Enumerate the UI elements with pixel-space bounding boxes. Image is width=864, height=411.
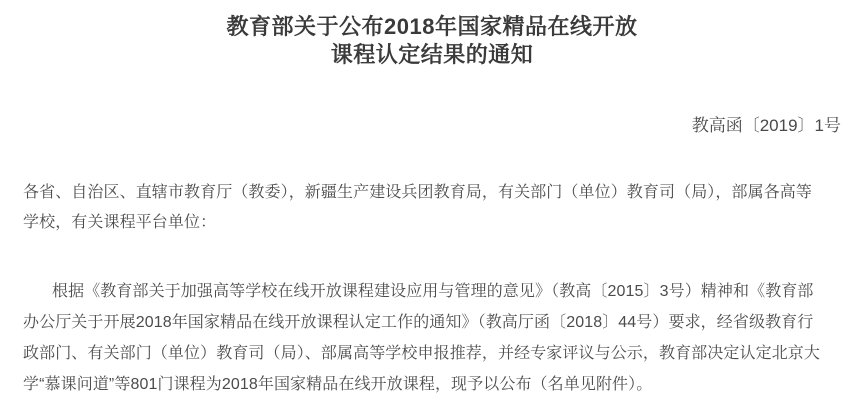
body-line-3: 政部门、有关部门（单位）教育司（局）、部属高等学校申报推荐，并经专家评议与公示，…	[23, 338, 844, 369]
document-number: 教高函〔2019〕1号	[692, 114, 841, 138]
body-line-2: 办公厅关于开展2018年国家精品在线开放课程认定工作的通知》（教高厅函〔2018…	[23, 307, 844, 338]
body-line-4: 学“慕课问道”等801门课程为2018年国家精品在线开放课程，现予以公布（名单见…	[23, 369, 844, 400]
salutation-line-1: 各省、自治区、直辖市教育厅（教委），新疆生产建设兵团教育局，有关部门（单位）教育…	[23, 178, 844, 208]
salutation-line-2: 学校，有关课程平台单位：	[23, 208, 844, 238]
salutation-paragraph: 各省、自治区、直辖市教育厅（教委），新疆生产建设兵团教育局，有关部门（单位）教育…	[23, 178, 844, 238]
body-line-1: 根据《教育部关于加强高等学校在线开放课程建设应用与管理的意见》（教高〔2015〕…	[23, 276, 844, 307]
page-title-line-1: 教育部关于公布2018年国家精品在线开放	[0, 13, 864, 41]
page-title: 教育部关于公布2018年国家精品在线开放 课程认定结果的通知	[0, 13, 864, 69]
body-paragraph: 根据《教育部关于加强高等学校在线开放课程建设应用与管理的意见》（教高〔2015〕…	[23, 276, 844, 400]
page-title-line-2: 课程认定结果的通知	[0, 41, 864, 69]
notice-document-page: 教育部关于公布2018年国家精品在线开放 课程认定结果的通知 教高函〔2019〕…	[0, 0, 864, 411]
